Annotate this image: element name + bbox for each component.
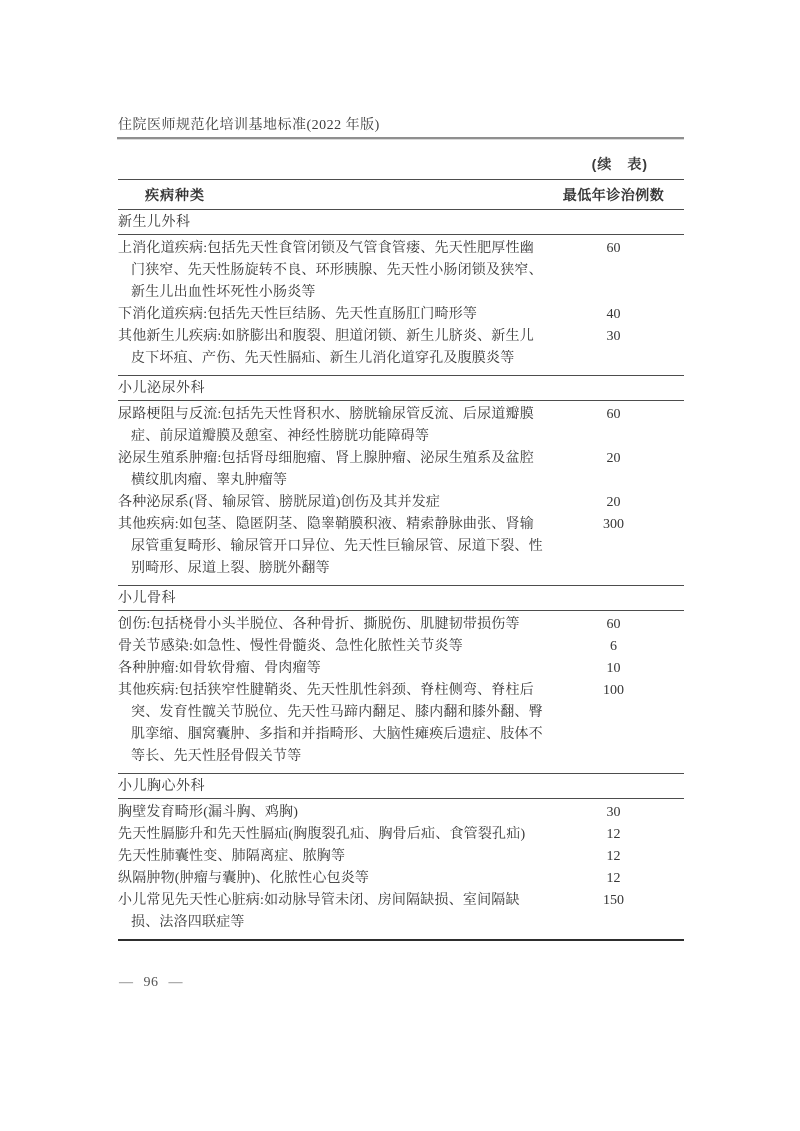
disease-description: 下消化道疾病:包括先天性巨结肠、先天性直肠肛门畸形等 xyxy=(118,304,543,326)
min-annual-cases-value: 6 xyxy=(543,636,684,658)
document-page: 住院医师规范化培训基地标准(2022 年版) (续 表) 疾病种类 最低年诊治例… xyxy=(0,0,800,1131)
table-row: 上消化道疾病:包括先天性食管闭锁及气管食管瘘、先天性肥厚性幽门狭窄、先天性肠旋转… xyxy=(118,238,684,304)
disease-description: 各种肿瘤:如骨软骨瘤、骨肉瘤等 xyxy=(118,658,543,680)
table-row: 下消化道疾病:包括先天性巨结肠、先天性直肠肛门畸形等40 xyxy=(118,304,684,326)
min-annual-cases-value: 300 xyxy=(543,514,684,536)
table-row: 骨关节感染:如急性、慢性骨髓炎、急性化脓性关节炎等6 xyxy=(118,636,684,658)
disease-description: 泌尿生殖系肿瘤:包括肾母细胞瘤、肾上腺肿瘤、泌尿生殖系及盆腔横纹肌肉瘤、睾丸肿瘤… xyxy=(118,448,543,492)
section-rows: 胸壁发育畸形(漏斗胸、鸡胸)30先天性膈膨升和先天性膈疝(胸腹裂孔疝、胸骨后疝、… xyxy=(118,799,684,941)
table-row: 尿路梗阻与反流:包括先天性肾积水、膀胱输尿管反流、后尿道瓣膜症、前尿道瓣膜及憩室… xyxy=(118,404,684,448)
table-row: 创伤:包括桡骨小头半脱位、各种骨折、撕脱伤、肌腱韧带损伤等60 xyxy=(118,614,684,636)
page-number-value: 96 xyxy=(144,975,159,990)
section-rows: 上消化道疾病:包括先天性食管闭锁及气管食管瘘、先天性肥厚性幽门狭窄、先天性肠旋转… xyxy=(118,235,684,376)
disease-description: 上消化道疾病:包括先天性食管闭锁及气管食管瘘、先天性肥厚性幽门狭窄、先天性肠旋转… xyxy=(118,238,543,304)
min-annual-cases-value: 10 xyxy=(543,658,684,680)
table-row: 其他疾病:包括狭窄性腱鞘炎、先天性肌性斜颈、脊柱侧弯、脊柱后突、发育性髋关节脱位… xyxy=(118,680,684,768)
table-row: 其他疾病:如包茎、隐匿阴茎、隐睾鞘膜积液、精索静脉曲张、肾输尿管重复畸形、输尿管… xyxy=(118,514,684,580)
table-row: 各种肿瘤:如骨软骨瘤、骨肉瘤等10 xyxy=(118,658,684,680)
min-annual-cases-value: 20 xyxy=(543,492,684,514)
table-section: 小儿泌尿外科尿路梗阻与反流:包括先天性肾积水、膀胱输尿管反流、后尿道瓣膜症、前尿… xyxy=(118,376,684,586)
section-title: 小儿胸心外科 xyxy=(118,774,684,799)
table-continued-label: (续 表) xyxy=(118,154,684,174)
min-annual-cases-value: 150 xyxy=(543,890,684,912)
section-title: 小儿泌尿外科 xyxy=(118,376,684,401)
disease-table: 疾病种类 最低年诊治例数 新生儿外科上消化道疾病:包括先天性食管闭锁及气管食管瘘… xyxy=(118,179,684,941)
section-rows: 创伤:包括桡骨小头半脱位、各种骨折、撕脱伤、肌腱韧带损伤等60骨关节感染:如急性… xyxy=(118,611,684,774)
disease-description: 各种泌尿系(肾、输尿管、膀胱尿道)创伤及其并发症 xyxy=(118,492,543,514)
min-annual-cases-value: 30 xyxy=(543,802,684,824)
disease-description: 先天性肺囊性变、肺隔离症、脓胸等 xyxy=(118,846,543,868)
min-annual-cases-value: 40 xyxy=(543,304,684,326)
table-row: 胸壁发育畸形(漏斗胸、鸡胸)30 xyxy=(118,802,684,824)
table-section: 新生儿外科上消化道疾病:包括先天性食管闭锁及气管食管瘘、先天性肥厚性幽门狭窄、先… xyxy=(118,210,684,376)
min-annual-cases-value: 100 xyxy=(543,680,684,702)
table-row: 先天性膈膨升和先天性膈疝(胸腹裂孔疝、胸骨后疝、食管裂孔疝)12 xyxy=(118,824,684,846)
disease-description: 纵隔肿物(肿瘤与囊肿)、化脓性心包炎等 xyxy=(118,868,543,890)
min-annual-cases-value: 20 xyxy=(543,448,684,470)
page-number-dash-left: — xyxy=(119,975,134,990)
disease-description: 尿路梗阻与反流:包括先天性肾积水、膀胱输尿管反流、后尿道瓣膜症、前尿道瓣膜及憩室… xyxy=(118,404,543,448)
header-divider xyxy=(117,137,684,140)
table-row: 泌尿生殖系肿瘤:包括肾母细胞瘤、肾上腺肿瘤、泌尿生殖系及盆腔横纹肌肉瘤、睾丸肿瘤… xyxy=(118,448,684,492)
table-header-row: 疾病种类 最低年诊治例数 xyxy=(118,179,684,210)
disease-description: 其他疾病:包括狭窄性腱鞘炎、先天性肌性斜颈、脊柱侧弯、脊柱后突、发育性髋关节脱位… xyxy=(118,680,543,768)
section-title: 小儿骨科 xyxy=(118,586,684,611)
disease-description: 其他新生儿疾病:如脐膨出和腹裂、胆道闭锁、新生儿脐炎、新生儿皮下坏疽、产伤、先天… xyxy=(118,326,543,370)
table-section: 小儿骨科创伤:包括桡骨小头半脱位、各种骨折、撕脱伤、肌腱韧带损伤等60骨关节感染… xyxy=(118,586,684,774)
disease-description: 创伤:包括桡骨小头半脱位、各种骨折、撕脱伤、肌腱韧带损伤等 xyxy=(118,614,543,636)
page-number: —96— xyxy=(119,975,183,991)
min-annual-cases-value: 30 xyxy=(543,326,684,348)
min-annual-cases-value: 12 xyxy=(543,846,684,868)
column-header-min-annual-cases: 最低年诊治例数 xyxy=(543,185,684,205)
table-row: 各种泌尿系(肾、输尿管、膀胱尿道)创伤及其并发症20 xyxy=(118,492,684,514)
table-row: 先天性肺囊性变、肺隔离症、脓胸等12 xyxy=(118,846,684,868)
min-annual-cases-value: 60 xyxy=(543,404,684,426)
document-title: 住院医师规范化培训基地标准(2022 年版) xyxy=(118,114,684,134)
disease-description: 骨关节感染:如急性、慢性骨髓炎、急性化脓性关节炎等 xyxy=(118,636,543,658)
page-number-dash-right: — xyxy=(169,975,184,990)
disease-description: 其他疾病:如包茎、隐匿阴茎、隐睾鞘膜积液、精索静脉曲张、肾输尿管重复畸形、输尿管… xyxy=(118,514,543,580)
min-annual-cases-value: 60 xyxy=(543,238,684,260)
table-row: 其他新生儿疾病:如脐膨出和腹裂、胆道闭锁、新生儿脐炎、新生儿皮下坏疽、产伤、先天… xyxy=(118,326,684,370)
disease-description: 胸壁发育畸形(漏斗胸、鸡胸) xyxy=(118,802,543,824)
min-annual-cases-value: 60 xyxy=(543,614,684,636)
section-title: 新生儿外科 xyxy=(118,210,684,235)
disease-description: 小儿常见先天性心脏病:如动脉导管未闭、房间隔缺损、室间隔缺损、法洛四联症等 xyxy=(118,890,543,934)
table-section: 小儿胸心外科胸壁发育畸形(漏斗胸、鸡胸)30先天性膈膨升和先天性膈疝(胸腹裂孔疝… xyxy=(118,774,684,941)
table-body: 新生儿外科上消化道疾病:包括先天性食管闭锁及气管食管瘘、先天性肥厚性幽门狭窄、先… xyxy=(118,210,684,941)
section-rows: 尿路梗阻与反流:包括先天性肾积水、膀胱输尿管反流、后尿道瓣膜症、前尿道瓣膜及憩室… xyxy=(118,401,684,586)
column-header-disease-type: 疾病种类 xyxy=(118,185,543,205)
table-row: 纵隔肿物(肿瘤与囊肿)、化脓性心包炎等12 xyxy=(118,868,684,890)
min-annual-cases-value: 12 xyxy=(543,868,684,890)
min-annual-cases-value: 12 xyxy=(543,824,684,846)
disease-description: 先天性膈膨升和先天性膈疝(胸腹裂孔疝、胸骨后疝、食管裂孔疝) xyxy=(118,824,543,846)
table-row: 小儿常见先天性心脏病:如动脉导管未闭、房间隔缺损、室间隔缺损、法洛四联症等150 xyxy=(118,890,684,934)
